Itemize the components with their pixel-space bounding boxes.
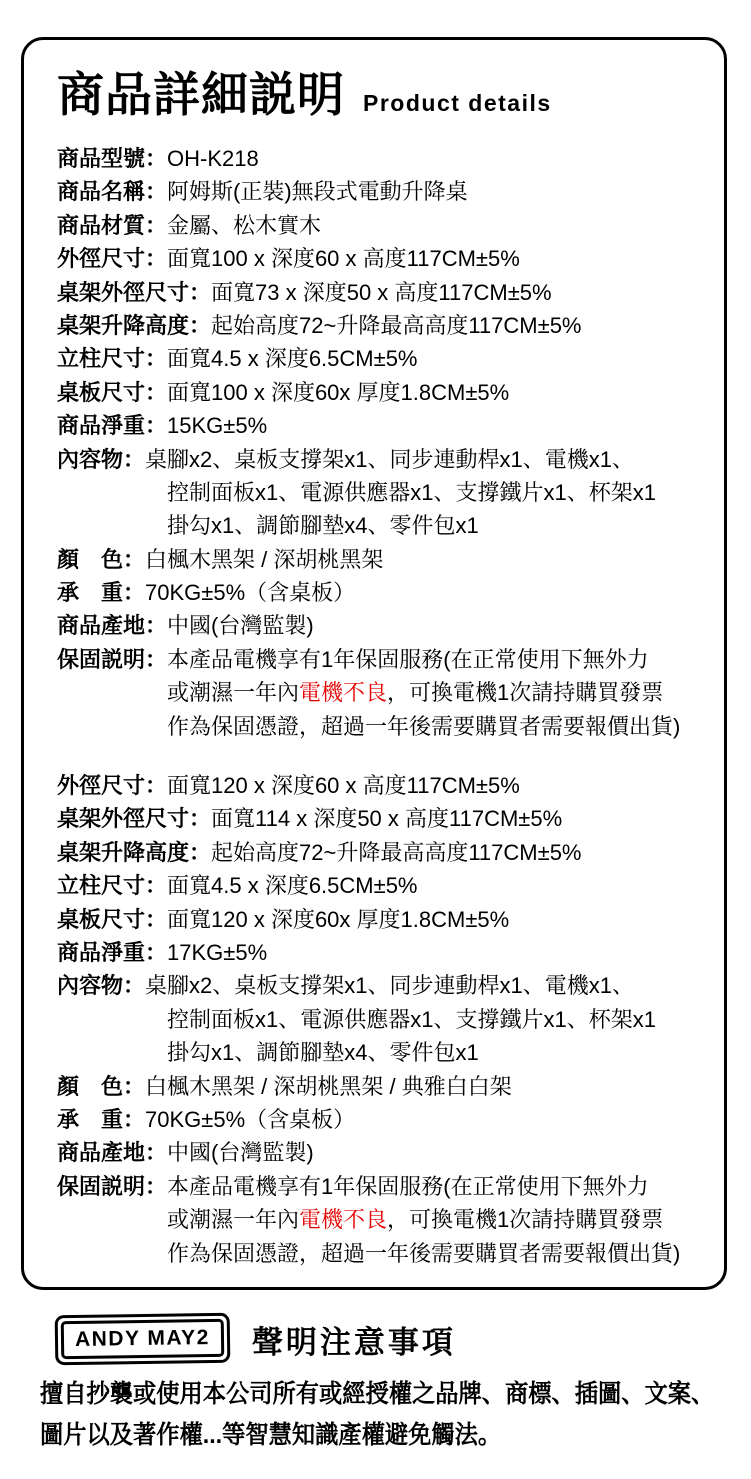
brand-logo: ANDY MAY2 (55, 1313, 231, 1365)
spec-value: 中國(台灣監製) (167, 1140, 314, 1165)
spec-row: 商品淨重：15KG±5% (57, 409, 724, 442)
spec-row: 商品產地：中國(台灣監製) (57, 1136, 724, 1169)
spec-value: OH-K218 (167, 146, 259, 171)
page-title: 商品詳細説明 (57, 68, 345, 122)
spec-value: 起始高度72~升降最高高度117CM±5% (211, 840, 581, 865)
warranty-highlight: 電機不良 (299, 680, 387, 705)
footer-heading: ANDY MAY2 聲明注意事項 (55, 1314, 456, 1364)
spec-row: 外徑尺寸：面寬120 x 深度60 x 高度117CM±5% (57, 769, 724, 802)
spec-value: 或潮濕一年內 (167, 1207, 299, 1232)
spec-value: 掛勾x1、調節腳墊x4、零件包x1 (167, 1040, 479, 1065)
spec-row-continuation: 掛勾x1、調節腳墊x4、零件包x1 (57, 1036, 724, 1069)
spec-row: 桌板尺寸：面寬100 x 深度60x 厚度1.8CM±5% (57, 376, 724, 409)
page-subtitle: Product details (363, 90, 552, 117)
spec-value: 面寬120 x 深度60 x 高度117CM±5% (167, 773, 520, 798)
spec-label: 商品產地： (57, 1140, 167, 1165)
spec-row-continuation: 控制面板x1、電源供應器x1、支撐鐵片x1、杯架x1 (57, 476, 724, 509)
spec-label: 商品產地： (57, 613, 167, 638)
brand-logo-text: ANDY MAY2 (61, 1319, 224, 1359)
spec-value: 桌腳x2、桌板支撐架x1、同步連動桿x1、電機x1、 (145, 973, 634, 998)
spec-value: 70KG±5%（含桌板） (145, 580, 355, 605)
spec-row-continuation: 作為保固憑證，超過一年後需要購買者需要報價出貨) (57, 710, 724, 743)
spec-row: 桌架升降高度：起始高度72~升降最高高度117CM±5% (57, 309, 724, 342)
spec-row: 承 重：70KG±5%（含桌板） (57, 576, 724, 609)
spec-value: 白楓木黑架 / 深胡桃黑架 (145, 547, 383, 572)
spec-row: 桌架外徑尺寸：面寬114 x 深度50 x 高度117CM±5% (57, 802, 724, 835)
spec-label: 立柱尺寸： (57, 346, 167, 371)
spec-row: 承 重：70KG±5%（含桌板） (57, 1103, 724, 1136)
spec-label: 外徑尺寸： (57, 773, 167, 798)
spec-row: 顏 色：白楓木黑架 / 深胡桃黑架 / 典雅白白架 (57, 1070, 724, 1103)
spec-label: 桌架升降高度： (57, 313, 211, 338)
spec-value: 中國(台灣監製) (167, 613, 314, 638)
spec-value: 阿姆斯(正裝)無段式電動升降桌 (167, 179, 468, 204)
spec-label: 桌架升降高度： (57, 840, 211, 865)
spec-value: 白楓木黑架 / 深胡桃黑架 / 典雅白白架 (145, 1074, 512, 1099)
spec-value: 或潮濕一年內 (167, 680, 299, 705)
spec-row: 保固説明：本產品電機享有1年保固服務(在正常使用下無外力 (57, 643, 724, 676)
spec-value: 掛勾x1、調節腳墊x4、零件包x1 (167, 513, 479, 538)
spec-label: 保固説明： (57, 647, 167, 672)
spec-row: 內容物：桌腳x2、桌板支撐架x1、同步連動桿x1、電機x1、 (57, 969, 724, 1002)
spec-row: 立柱尺寸：面寬4.5 x 深度6.5CM±5% (57, 342, 724, 375)
spec-row: 外徑尺寸：面寬100 x 深度60 x 高度117CM±5% (57, 242, 724, 275)
spec-row-continuation: 控制面板x1、電源供應器x1、支撐鐵片x1、杯架x1 (57, 1003, 724, 1036)
spec-value: 金屬、松木實木 (167, 213, 321, 238)
spec-value: 作為保固憑證，超過一年後需要購買者需要報價出貨) (167, 1241, 680, 1266)
spec-section-1: 商品型號：OH-K218商品名稱：阿姆斯(正裝)無段式電動升降桌商品材質：金屬、… (57, 142, 724, 743)
spec-row: 桌架外徑尺寸：面寬73 x 深度50 x 高度117CM±5% (57, 276, 724, 309)
spec-row-continuation: 作為保固憑證，超過一年後需要購買者需要報價出貨) (57, 1237, 724, 1270)
disclaimer-line-2: 圖片以及著作權...等智慧知識產權避免觸法。 (40, 1415, 714, 1456)
disclaimer: 擅自抄襲或使用本公司所有或經授權之品牌、商標、插圖、文案、 圖片以及著作權...… (40, 1374, 714, 1455)
spec-label: 顏 色： (57, 1074, 145, 1099)
spec-label: 桌板尺寸： (57, 907, 167, 932)
spec-row: 商品產地：中國(台灣監製) (57, 609, 724, 642)
panel-title-row: 商品詳細説明 Product details (57, 68, 724, 122)
spec-value: 17KG±5% (167, 940, 267, 965)
spec-value: 作為保固憑證，超過一年後需要購買者需要報價出貨) (167, 714, 680, 739)
spec-label: 商品型號： (57, 146, 167, 171)
spec-label: 桌架外徑尺寸： (57, 806, 211, 831)
spec-value: 面寬100 x 深度60 x 高度117CM±5% (167, 246, 520, 271)
spec-value: 起始高度72~升降最高高度117CM±5% (211, 313, 581, 338)
spec-label: 承 重： (57, 1107, 145, 1132)
spec-row: 商品型號：OH-K218 (57, 142, 724, 175)
spec-label: 顏 色： (57, 547, 145, 572)
notice-title: 聲明注意事項 (252, 1317, 456, 1362)
spec-row: 桌板尺寸：面寬120 x 深度60x 厚度1.8CM±5% (57, 903, 724, 936)
spec-row-continuation: 掛勾x1、調節腳墊x4、零件包x1 (57, 509, 724, 542)
spec-value: 面寬4.5 x 深度6.5CM±5% (167, 873, 417, 898)
spec-value: 本產品電機享有1年保固服務(在正常使用下無外力 (167, 647, 649, 672)
warranty-highlight: 電機不良 (299, 1207, 387, 1232)
spec-row-continuation: 或潮濕一年內電機不良，可換電機1次請持購買發票 (57, 676, 724, 709)
spec-label: 承 重： (57, 580, 145, 605)
spec-value: 面寬73 x 深度50 x 高度117CM±5% (211, 280, 552, 305)
spec-row: 商品名稱：阿姆斯(正裝)無段式電動升降桌 (57, 175, 724, 208)
spec-section-2: 外徑尺寸：面寬120 x 深度60 x 高度117CM±5%桌架外徑尺寸：面寬1… (57, 769, 724, 1270)
spec-list: 商品型號：OH-K218商品名稱：阿姆斯(正裝)無段式電動升降桌商品材質：金屬、… (57, 142, 724, 1270)
spec-value: 控制面板x1、電源供應器x1、支撐鐵片x1、杯架x1 (167, 1007, 656, 1032)
spec-value: 桌腳x2、桌板支撐架x1、同步連動桿x1、電機x1、 (145, 447, 634, 472)
spec-label: 外徑尺寸： (57, 246, 167, 271)
spec-row: 立柱尺寸：面寬4.5 x 深度6.5CM±5% (57, 869, 724, 902)
spec-label: 立柱尺寸： (57, 873, 167, 898)
spec-value: ，可換電機1次請持購買發票 (387, 1207, 663, 1232)
spec-row: 內容物：桌腳x2、桌板支撐架x1、同步連動桿x1、電機x1、 (57, 443, 724, 476)
product-details-panel: 商品詳細説明 Product details 商品型號：OH-K218商品名稱：… (21, 37, 727, 1290)
spec-label: 內容物： (57, 447, 145, 472)
spec-row: 桌架升降高度：起始高度72~升降最高高度117CM±5% (57, 836, 724, 869)
product-spec-sheet: { "colors": { "background": "#ffffff", "… (0, 0, 751, 1479)
spec-label: 內容物： (57, 973, 145, 998)
spec-label: 商品材質： (57, 213, 167, 238)
spec-row: 保固説明：本產品電機享有1年保固服務(在正常使用下無外力 (57, 1170, 724, 1203)
spec-value: 70KG±5%（含桌板） (145, 1107, 355, 1132)
spec-value: ，可換電機1次請持購買發票 (387, 680, 663, 705)
spec-label: 桌板尺寸： (57, 380, 167, 405)
spec-value: 面寬100 x 深度60x 厚度1.8CM±5% (167, 380, 509, 405)
spec-value: 面寬114 x 深度50 x 高度117CM±5% (211, 806, 562, 831)
spec-value: 控制面板x1、電源供應器x1、支撐鐵片x1、杯架x1 (167, 480, 656, 505)
spec-row: 顏 色：白楓木黑架 / 深胡桃黑架 (57, 543, 724, 576)
spec-row: 商品淨重：17KG±5% (57, 936, 724, 969)
disclaimer-line-1: 擅自抄襲或使用本公司所有或經授權之品牌、商標、插圖、文案、 (40, 1374, 714, 1415)
spec-value: 面寬120 x 深度60x 厚度1.8CM±5% (167, 907, 509, 932)
spec-value: 本產品電機享有1年保固服務(在正常使用下無外力 (167, 1174, 649, 1199)
spec-label: 保固説明： (57, 1174, 167, 1199)
spec-label: 商品淨重： (57, 940, 167, 965)
spec-label: 桌架外徑尺寸： (57, 280, 211, 305)
spec-value: 15KG±5% (167, 413, 267, 438)
spec-row-continuation: 或潮濕一年內電機不良，可換電機1次請持購買發票 (57, 1203, 724, 1236)
spec-label: 商品名稱： (57, 179, 167, 204)
spec-label: 商品淨重： (57, 413, 167, 438)
spec-row: 商品材質：金屬、松木實木 (57, 209, 724, 242)
spec-value: 面寬4.5 x 深度6.5CM±5% (167, 346, 417, 371)
